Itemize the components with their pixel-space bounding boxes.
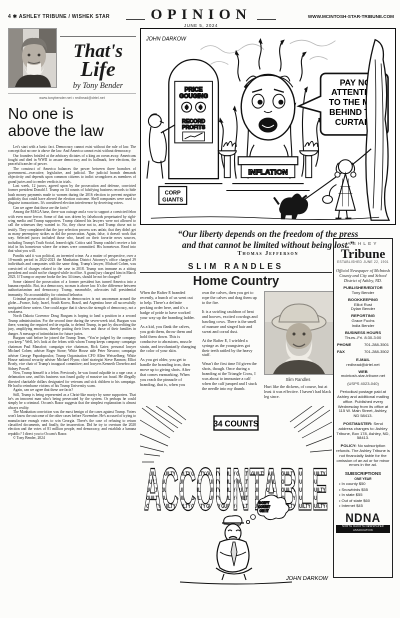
masthead-name: India Bender — [336, 324, 390, 329]
phone-label: PHONE — [337, 343, 351, 348]
inflation-altar: INFLATION — [218, 141, 317, 190]
article-paragraph: Burgum said before he joined the Trump T… — [8, 336, 136, 371]
hc-paragraph: At the Rafter E, I wielded a syringe as … — [202, 339, 258, 359]
article-headline: No one is above the law — [8, 107, 136, 140]
column-byline: by Tony Bender — [60, 81, 136, 90]
article-paragraph: North Dakota Governor Doug Burgum is hop… — [8, 314, 136, 336]
article-paragraph: The Manhattan conviction was the most be… — [8, 410, 136, 436]
phone-number: 701-288-3501 — [364, 343, 389, 348]
section-block: OPINION JUNE 5, 2024 — [145, 8, 258, 28]
accountable-word-art: ACCOUNTABLE — [144, 456, 328, 523]
editorial-cartoon-wizard-of-oz: PAY NO ATTENTION TO THE MAN BEHIND THE C… — [140, 28, 396, 225]
masthead-email-block: E-MAIL redhead@drtel.net WEB mcintosh-st… — [336, 358, 390, 380]
masthead-brand: Tribune — [336, 247, 390, 260]
masthead-official-text: Official Newspaper of McIntosh County an… — [336, 268, 390, 283]
tribune-masthead-box: ASHLEY Tribune ESTABLISHED JUNE 22, 1901… — [333, 238, 393, 578]
trump-caricature — [216, 516, 252, 580]
sign-text-line: CORP — [165, 190, 181, 196]
column-title-line2: Life — [60, 60, 136, 79]
article-paragraph: Criminal prosecution of politicians in d… — [8, 297, 136, 314]
home-country-title: Home Country — [140, 274, 332, 288]
article-copyright: © Tony Bender, 2024 — [8, 436, 136, 440]
subscription-item: • Internet $45 — [336, 504, 390, 509]
sign-text-line: GIANTS — [162, 197, 183, 203]
page-header: 4 ✱ ASHLEY TRIBUNE / WISHEK STAR OPINION… — [8, 8, 394, 28]
tony-bender-photo — [8, 28, 57, 88]
fax-number: 701-288-3502 — [364, 350, 389, 355]
article-paragraph: Our founders bristled at the arbitrary d… — [8, 154, 136, 167]
column-contact-line: www.tonybender.net • redhead@drtel.net — [8, 93, 136, 100]
ground-line — [151, 217, 379, 220]
corp-giants-sign: CORP GIANTS — [159, 187, 187, 205]
machine-label-line: GOUGING — [179, 94, 208, 100]
dorothy-figure — [323, 160, 356, 219]
article-body: Let's start with a basic fact. Democracy… — [8, 145, 136, 440]
web-address: mcintosh-star-tribune.net — [336, 374, 390, 379]
header-rule-left — [126, 19, 145, 20]
hc-paragraph: As a kid, you flank the calves, you grab… — [140, 325, 196, 355]
article-paragraph: Among the MAGA base, there was outrage a… — [8, 210, 136, 253]
article-paragraph: Last week, 12 jurors, agreed upon by the… — [8, 184, 136, 206]
website-url: WWW.MCINTOSH-STAR-TRIBUNE.COM — [276, 8, 394, 19]
hc-paragraph: When the Rafter E branded recently, a bu… — [140, 291, 196, 321]
record-label-line: PROFITS — [182, 125, 206, 131]
masthead-name: Tony Bender — [336, 291, 390, 296]
hc-paragraph: Wasn't the first time I'd given the shot… — [202, 362, 258, 392]
policy-notice: POLICY: No subscription refunds. The Ash… — [336, 444, 390, 468]
thought-line: ON IT — [259, 509, 269, 513]
photo-caption: Slim Randles — [264, 378, 332, 383]
hc-paragraph: own the calves, then you get to rope the… — [202, 291, 258, 306]
price-gouging-machine: PRICE GOUGING ¢ ¢ RECORD PROFITS — [165, 60, 223, 184]
cartoon-top-art: PAY NO ATTENTION TO THE MAN BEHIND THE C… — [141, 29, 395, 224]
ground-line — [180, 582, 292, 584]
postmaster-notice: POSTMASTER: Send address changes to: Ash… — [336, 422, 390, 441]
hc-paragraph: Hurt like the dickens, of course, but at… — [264, 385, 332, 400]
masthead-phone-row: PHONE 701-288-3501 — [336, 343, 390, 348]
page-number: 4 — [8, 14, 11, 20]
article-paragraph: Still, Trump is being represented as a C… — [8, 393, 136, 410]
home-country-col1: When the Rafter E branded recently, a bu… — [140, 291, 196, 404]
masthead-hours: Thurs.-Fri. 8:30-3:00 — [336, 336, 390, 341]
home-country-col3: Slim Randles Hurt like the dickens, of c… — [264, 291, 332, 404]
burst-lines-left — [140, 406, 186, 462]
editorial-cartoon-accountable: GUILTY 34 COUNTS ACCOUNTABLE — [140, 406, 332, 598]
article-paragraph: Some claimed the prosecution of a former… — [8, 280, 136, 297]
cartoon-bottom-art: GUILTY 34 COUNTS ACCOUNTABLE — [140, 406, 332, 598]
masthead-fax-row: FAX 701-288-3502 — [336, 350, 390, 355]
usps-number: (USPS 4023-040) — [336, 382, 390, 387]
section-title: OPINION — [151, 8, 252, 22]
home-country-col2: own the calves, then you get to rope the… — [202, 291, 258, 404]
home-country-rule — [140, 272, 332, 273]
altar-label: INFLATION — [248, 168, 288, 177]
column-masthead: That's Life by Tony Bender — [8, 28, 136, 90]
fax-label: FAX — [337, 350, 345, 355]
paper-names: ASHLEY TRIBUNE / WISHEK STAR — [19, 14, 110, 20]
home-country-kicker: SLIM RANDLES — [140, 262, 332, 271]
article-paragraph: The construct of America balances the po… — [8, 167, 136, 184]
cartoonist-signature: JOHN DARKOW — [285, 576, 329, 582]
toto-dog — [274, 193, 308, 219]
accountable-text: ACCOUNTABLE — [144, 456, 328, 523]
masthead-established: ESTABLISHED JUNE 22, 1901 — [336, 260, 390, 265]
periodical-notice: Periodical postage paid at Ashley and ad… — [336, 390, 390, 419]
header-rule-right — [257, 19, 276, 20]
slim-randles-photo — [264, 291, 334, 375]
star-icon: ✱ — [13, 14, 18, 20]
headline-line2: above the law — [8, 124, 136, 141]
article-paragraph: Now, Trump himself is a felon. Previousl… — [8, 371, 136, 388]
article-paragraph: Let's start with a basic fact. Democracy… — [8, 145, 136, 154]
column-title-block: That's Life by Tony Bender — [60, 36, 136, 90]
header-left: 4 ✱ ASHLEY TRIBUNE / WISHEK STAR — [8, 8, 126, 20]
home-country-columns: When the Rafter E branded recently, a bu… — [140, 291, 332, 404]
machine-label-line: PRICE — [185, 87, 203, 93]
article-paragraph: Pundits said it was political, an invent… — [8, 254, 136, 280]
email-address: redhead@drtel.net — [336, 363, 390, 368]
counts-label: 34 COUNTS — [214, 420, 260, 429]
thats-life-column: That's Life by Tony Bender www.tonybende… — [8, 28, 136, 614]
burst-lines-right — [290, 406, 332, 452]
headline-line1: No one is — [8, 107, 136, 124]
home-country-section: SLIM RANDLES Home Country When the Rafte… — [140, 262, 332, 404]
cartoonist-signature: JOHN DARKOW — [145, 37, 187, 43]
ndna-tagline: NORTH DAKOTA NEWSPAPER ASSOCIATION — [336, 525, 390, 533]
header-center: OPINION JUNE 5, 2024 — [126, 8, 276, 28]
hc-paragraph: As you get older, you get to handle the … — [140, 358, 196, 388]
hc-paragraph: It is a swirling cauldron of heat and ho… — [202, 310, 258, 335]
counts-box: 34 COUNTS — [214, 416, 260, 430]
ndna-logo: NDNA — [336, 514, 390, 524]
newspaper-opinion-page: 4 ✱ ASHLEY TRIBUNE / WISHEK STAR OPINION… — [0, 0, 400, 618]
wizard-giant-head — [241, 74, 295, 139]
masthead-name: Dylan Bender — [336, 307, 390, 312]
